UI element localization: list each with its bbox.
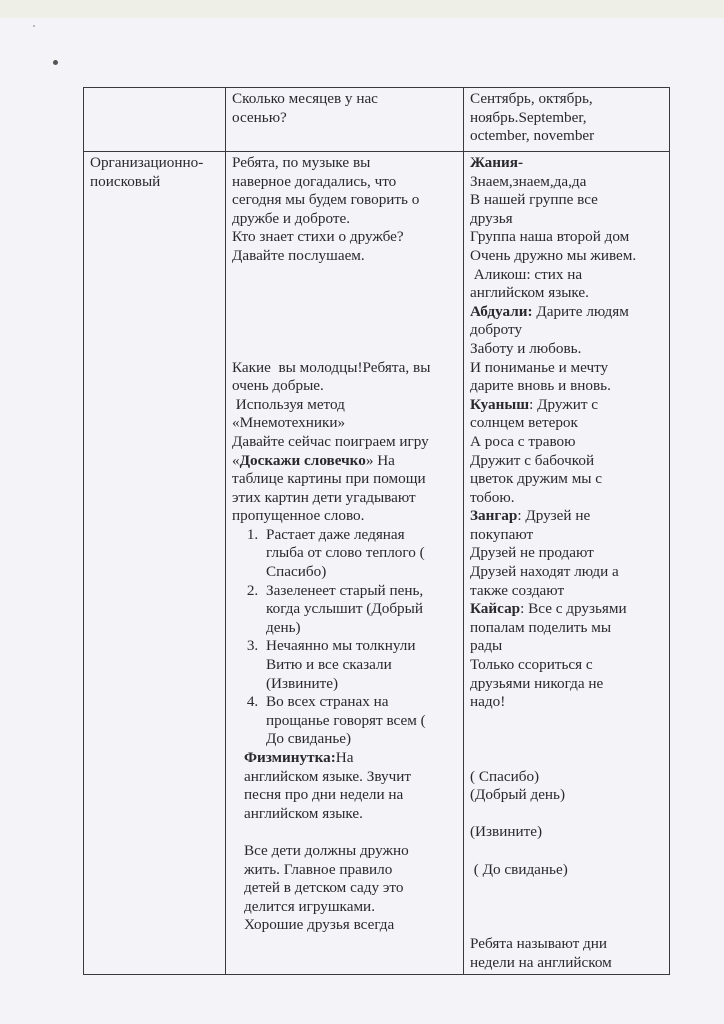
text-line: Куаныш: Дружит с — [470, 396, 663, 415]
text-line: И пониманье и мечту — [470, 359, 663, 378]
text-line: Очень дружно мы живем. — [470, 247, 663, 266]
text-line: покупают — [470, 526, 663, 545]
text-line: глыба от слово теплого ( — [266, 544, 457, 563]
text-line: Аликош: стих на — [470, 266, 663, 285]
text-line: очень добрые. — [232, 377, 457, 396]
fizminutka: Физминутка:На английском языке. Звучит п… — [232, 749, 457, 935]
table-row: Организационно- поисковый Ребята, по муз… — [84, 152, 670, 975]
text-line: В нашей группе все — [470, 191, 663, 210]
stage-cell — [84, 88, 226, 152]
text-line: песня про дни недели на — [244, 786, 457, 805]
text-line: таблице картины при помощи — [232, 470, 457, 489]
answer-line: (Извините) — [470, 823, 663, 842]
riddle-item: Зазеленеет старый пень, когда услышит (Д… — [262, 582, 457, 638]
text-line: Сентябрь, октябрь, — [470, 90, 663, 109]
text-line: Спасибо) — [266, 563, 457, 582]
text-line: «Мнемотехники» — [232, 414, 457, 433]
text-line: Какие вы молодцы!Ребята, вы — [232, 359, 457, 378]
text-line: детей в детском саду это — [244, 879, 457, 898]
answer-line: (Добрый день) — [470, 786, 663, 805]
text-line: рады — [470, 637, 663, 656]
text-fragment: : Все с друзьями — [520, 600, 627, 617]
riddle-list: Растает даже ледяная глыба от слово тепл… — [232, 526, 457, 749]
text-line: солнцем ветерок — [470, 414, 663, 433]
text-line: Друзей не продают — [470, 544, 663, 563]
answer-line: ( До свиданье) — [470, 861, 663, 880]
text-line: Все дети должны дружно — [244, 842, 457, 861]
text-line: До свиданье) — [266, 730, 457, 749]
text-line: Группа наша второй дом — [470, 228, 663, 247]
text-line: день) — [266, 619, 457, 638]
text-line: А роса с травою — [470, 433, 663, 452]
speaker-name: Зангар — [470, 507, 517, 524]
scan-speck — [53, 60, 58, 65]
text-line: недели на английском — [470, 954, 663, 973]
text-line: тобою. — [470, 489, 663, 508]
teacher-cell: Сколько месяцев у нас осенью? — [226, 88, 464, 152]
text-line: Абдуали: Дарите людям — [470, 303, 663, 322]
game-title-line: «Доскажи словечко» На — [232, 452, 457, 471]
text-line: Давайте сейчас поиграем игру — [232, 433, 457, 452]
text-line: пропущенное слово. — [232, 507, 457, 526]
riddle-item: Растает даже ледяная глыба от слово тепл… — [262, 526, 457, 582]
text-line: (Извините) — [266, 675, 457, 694]
scan-top-band — [0, 0, 724, 18]
fizminutka-label: Физминутка: — [244, 749, 336, 766]
riddle-item: Во всех странах на прощанье говорят всем… — [262, 693, 457, 749]
text-line: дарите вновь и вновь. — [470, 377, 663, 396]
teacher-cell: Ребята, по музыке вы наверное догадались… — [226, 152, 464, 975]
text-fragment: : Друзей не — [517, 507, 590, 524]
text-line: наверное догадались, что — [232, 173, 457, 192]
stage-name: Организационно- — [90, 154, 219, 173]
text-line: английском языке. — [470, 284, 663, 303]
text-line: Используя метод — [232, 396, 457, 415]
text-line: Сколько месяцев у нас — [232, 90, 457, 109]
text-line: английском языке. — [244, 805, 457, 824]
text-line: также создают — [470, 582, 663, 601]
answer-line: ( Спасибо) — [470, 768, 663, 787]
text-line: друзья — [470, 210, 663, 229]
text-line: Зазеленеет старый пень, — [266, 582, 457, 601]
text-line: осенью? — [232, 109, 457, 128]
text-line: Растает даже ледяная — [266, 526, 457, 545]
speaker-name: Жания- — [470, 154, 663, 173]
text-line: Кто знает стихи о дружбе? — [232, 228, 457, 247]
children-cell: Жания- Знаем,знаем,да,да В нашей группе … — [464, 152, 670, 975]
game-name: Доскажи словечко — [240, 452, 366, 469]
quote: « — [232, 452, 240, 469]
text-fragment: : Дружит с — [529, 396, 598, 413]
text-line: ноябрь.September, — [470, 109, 663, 128]
text-line: попалам поделить мы — [470, 619, 663, 638]
text-line: друзьями никогда не — [470, 675, 663, 694]
text-line: Дружит с бабочкой — [470, 452, 663, 471]
teacher-praise: Какие вы молодцы!Ребята, вы очень добрые… — [232, 359, 457, 526]
speaker-name: Абдуали: — [470, 303, 533, 320]
text-line: Заботу и любовь. — [470, 340, 663, 359]
text-line: Нечаянно мы толкнули — [266, 637, 457, 656]
text-line: Хорошие друзья всегда — [244, 916, 457, 935]
speaker-name: Куаныш — [470, 396, 529, 413]
text-line: Ребята, по музыке вы — [232, 154, 457, 173]
text-line: жить. Главное правило — [244, 861, 457, 880]
speaker-name: Кайсар — [470, 600, 520, 617]
stage-cell: Организационно- поисковый — [84, 152, 226, 975]
text-line: Во всех странах на — [266, 693, 457, 712]
quote: » На — [366, 452, 395, 469]
text-line: Только ссориться с — [470, 656, 663, 675]
text-line: доброту — [470, 321, 663, 340]
text-line: Ребята называют дни — [470, 935, 663, 954]
children-cell: Сентябрь, октябрь, ноябрь.September, oct… — [464, 88, 670, 152]
text-line: этих картин дети угадывают — [232, 489, 457, 508]
text-line: английском языке. Звучит — [244, 768, 457, 787]
text-line: надо! — [470, 693, 663, 712]
text-fragment: Дарите людям — [533, 303, 629, 320]
text-line: делится игрушками. — [244, 898, 457, 917]
text-line: цветок дружим мы с — [470, 470, 663, 489]
text-line: Зангар: Друзей не — [470, 507, 663, 526]
scan-speck — [33, 25, 35, 27]
teacher-intro: Ребята, по музыке вы наверное догадались… — [232, 154, 457, 266]
riddle-item: Нечаянно мы толкнули Витю и все сказали … — [262, 637, 457, 693]
lesson-plan-table: Сколько месяцев у нас осенью? Сентябрь, … — [83, 87, 670, 975]
text-line: сегодня мы будем говорить о — [232, 191, 457, 210]
text-line: дружбе и доброте. — [232, 210, 457, 229]
text-line: octember, november — [470, 127, 663, 146]
text-line: Витю и все сказали — [266, 656, 457, 675]
text-line: Друзей находят люди а — [470, 563, 663, 582]
text-line: Знаем,знаем,да,да — [470, 173, 663, 192]
text-line: Давайте послушаем. — [232, 247, 457, 266]
table-row: Сколько месяцев у нас осенью? Сентябрь, … — [84, 88, 670, 152]
stage-name: поисковый — [90, 173, 219, 192]
text-fragment: На — [336, 749, 354, 766]
text-line: Кайсар: Все с друзьями — [470, 600, 663, 619]
text-line: прощанье говорят всем ( — [266, 712, 457, 731]
text-line: Физминутка:На — [244, 749, 457, 768]
text-line: когда услышит (Добрый — [266, 600, 457, 619]
